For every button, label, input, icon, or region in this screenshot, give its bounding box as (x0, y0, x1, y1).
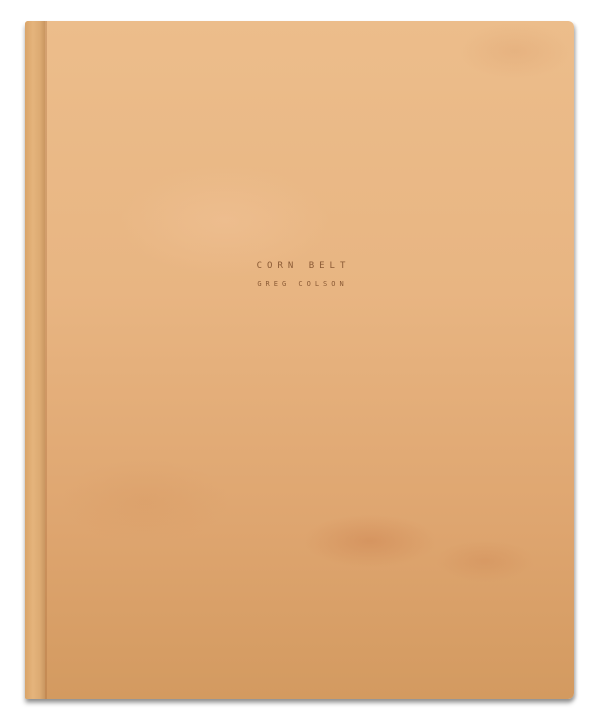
book-spine (25, 21, 45, 699)
cover-text: CORN BELT GREG COLSON (25, 261, 574, 288)
book-cover: CORN BELT GREG COLSON (25, 21, 574, 699)
book-title: CORN BELT (25, 261, 574, 271)
book-author: GREG COLSON (25, 280, 574, 288)
spine-hinge (45, 21, 47, 699)
